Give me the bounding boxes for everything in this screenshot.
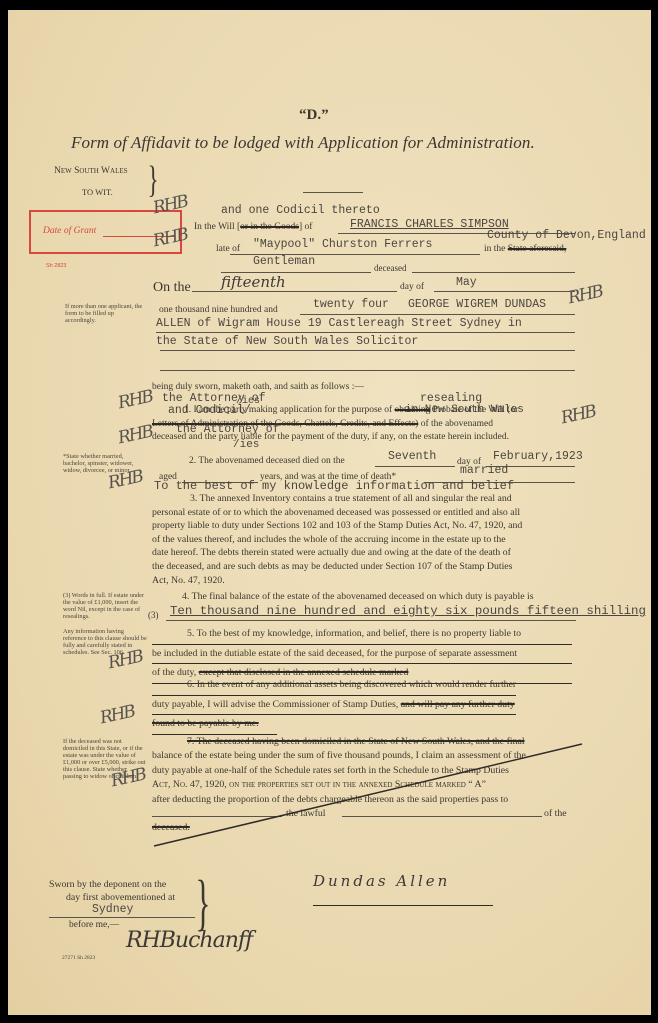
para1-line3: deceased and the party liable for the pa…	[152, 432, 509, 442]
of-label: of	[305, 222, 313, 232]
before-me-label: before me,—	[69, 920, 119, 930]
grant-form-code: Sh 2823	[46, 263, 67, 269]
deponent-line-3: the State of New South Wales Solicitor	[156, 335, 418, 348]
oath-month-rule	[434, 291, 575, 292]
print-code: 27271 Sh 2823	[62, 955, 95, 961]
deponent-line-2: ALLEN of Wigram House 19 Castlereagh Str…	[156, 317, 522, 330]
note-words-in-full: (3) Words in full. If estate under the v…	[63, 592, 147, 620]
para3-line: of the values thereof, and includes the …	[152, 533, 522, 547]
jurisdiction-to-wit: to wit.	[82, 187, 113, 197]
year-prefix: one thousand nine hundred and	[159, 305, 278, 315]
initials-stamp: RHB	[559, 402, 597, 429]
para5-text-2: be included in the dutiable estate of th…	[152, 648, 517, 659]
died-day-field: Seventh	[388, 450, 436, 463]
died-month-year-field: February,1923	[493, 450, 583, 463]
deponent-signature: Dundas Allen	[313, 872, 450, 890]
para2-text: 2. The abovenamed deceased died on the	[189, 456, 345, 466]
para6-text-2: duty payable, I will advise the Commissi…	[152, 699, 398, 710]
occupation-field: Gentleman	[253, 255, 315, 268]
jurat-place-field: Sydney	[92, 903, 133, 916]
estate-amount-rule	[166, 620, 576, 621]
late-of-field: "Maypool" Churston Ferrers	[253, 238, 432, 251]
late-of-label: late of	[216, 244, 240, 254]
struck-payable-by-me: found to be payable by me.	[152, 718, 259, 729]
jurat-line-2: day first abovementioned at	[66, 892, 175, 903]
died-day-rule	[375, 466, 455, 467]
date-of-grant-label: Date of Grant	[43, 226, 96, 236]
para4-text: 4. The final balance of the estate of th…	[182, 591, 534, 602]
estate-amount-field: Ten thousand nine hundred and eighty six…	[170, 604, 646, 618]
form-letter: “D.”	[299, 107, 329, 124]
initials-stamp: RHB	[116, 422, 154, 449]
para6: 6. In the event of any additional assets…	[152, 676, 516, 735]
para3: 3. The annexed Inventory contains a true…	[152, 492, 522, 587]
deponent-line-1: GEORGE WIGREM DUNDAS	[408, 298, 546, 311]
jurisdiction-state: New South Wales	[54, 166, 128, 176]
oath-month-field: May	[456, 276, 477, 289]
struck-obtaining: obtaining	[395, 405, 431, 415]
struck-state-aforesaid: State aforesaid,	[508, 244, 567, 254]
para1-text-b: Probate of the Will (or	[433, 405, 518, 415]
para1-line1: 1. I am the party making application for…	[184, 405, 518, 415]
para4-marker: (3)	[148, 610, 159, 620]
deceased-rule	[412, 272, 575, 273]
in-the-will-label: In the Will	[194, 222, 235, 232]
insert-ies-2: /ies	[233, 439, 259, 451]
jurat-place-rule	[49, 917, 195, 918]
deponent-rule-1	[300, 314, 575, 315]
jurisdiction-brace: }	[148, 160, 159, 200]
on-the-text: On the	[153, 280, 191, 295]
para3-line: the deceased, and are such debts as may …	[152, 560, 522, 574]
deponent-rule-4	[160, 370, 575, 371]
in-the-will-line: In the Will [or in the Goods] of	[194, 222, 312, 232]
year-field: twenty four	[313, 298, 389, 311]
top-short-rule	[303, 192, 363, 193]
initials-stamp: RHB	[116, 387, 154, 414]
deponent-signature-rule	[313, 905, 493, 906]
initials-stamp: RHB	[566, 282, 604, 309]
struck-further-duty: and will pay any further duty	[401, 699, 515, 710]
deceased-label: deceased	[374, 263, 406, 273]
jurat-brace: }	[195, 872, 210, 934]
note-multiple-applicants: If more than one applicant, the form to …	[65, 303, 143, 324]
witness-signature: RHBuchanff	[126, 928, 252, 953]
para1-text-c: of the abovenamed	[421, 419, 493, 429]
initials-stamp: RHB	[98, 702, 136, 729]
para6-text-1: 6. In the event of any additional assets…	[187, 679, 516, 690]
para3-line: date hereof. The debts therein stated we…	[152, 546, 522, 560]
para6-line-1: 6. In the event of any additional assets…	[152, 676, 516, 696]
para3-line: personal estate of or to which the above…	[152, 506, 522, 520]
deponent-rule-3	[160, 350, 575, 351]
para5-text-1: 5. To the best of my knowledge, informat…	[187, 628, 521, 639]
para3-line: 3. The annexed Inventory contains a true…	[152, 492, 522, 506]
para3-line: Act, No. 47, 1920.	[152, 574, 522, 588]
marital-status-field: married	[460, 464, 508, 477]
oath-day-field: fifteenth	[221, 273, 286, 291]
page-title: Form of Affidavit to be lodged with Appl…	[71, 133, 535, 153]
jurat-line-1: Sworn by the deponent on the	[49, 879, 166, 890]
para5-line-2: be included in the dutiable estate of th…	[152, 645, 572, 665]
para3-line: property liable to duty under Sections 1…	[152, 519, 522, 533]
affidavit-page: “D.” Form of Affidavit to be lodged with…	[8, 10, 651, 1015]
in-the-text: in the	[484, 244, 505, 254]
para5: 5. To the best of my knowledge, informat…	[152, 625, 572, 684]
day-of-label: day of	[400, 282, 424, 292]
para6-line-2: duty payable, I will advise the Commissi…	[152, 696, 516, 716]
struck-in-the-goods: or in the Goods	[240, 222, 299, 232]
para1-text-a: 1. I am the party making application for…	[184, 405, 392, 415]
insert-belief: To the best of my knowledge information …	[154, 479, 514, 493]
deceased-name-field: FRANCIS CHARLES SIMPSON	[350, 218, 509, 231]
county-field: County of Devon,England	[487, 229, 646, 242]
codicil-note: and one Codicil thereto	[221, 204, 380, 217]
deponent-rule-2	[156, 332, 575, 333]
para7-diagonal-strike	[148, 730, 588, 860]
para5-line-1: 5. To the best of my knowledge, informat…	[152, 625, 572, 645]
oath-day-rule	[192, 291, 397, 292]
sworn-intro: being duly sworn, maketh oath, and saith…	[152, 382, 364, 392]
in-the-label: in the State aforesaid,	[484, 244, 566, 254]
on-the-label: On the	[153, 278, 191, 296]
